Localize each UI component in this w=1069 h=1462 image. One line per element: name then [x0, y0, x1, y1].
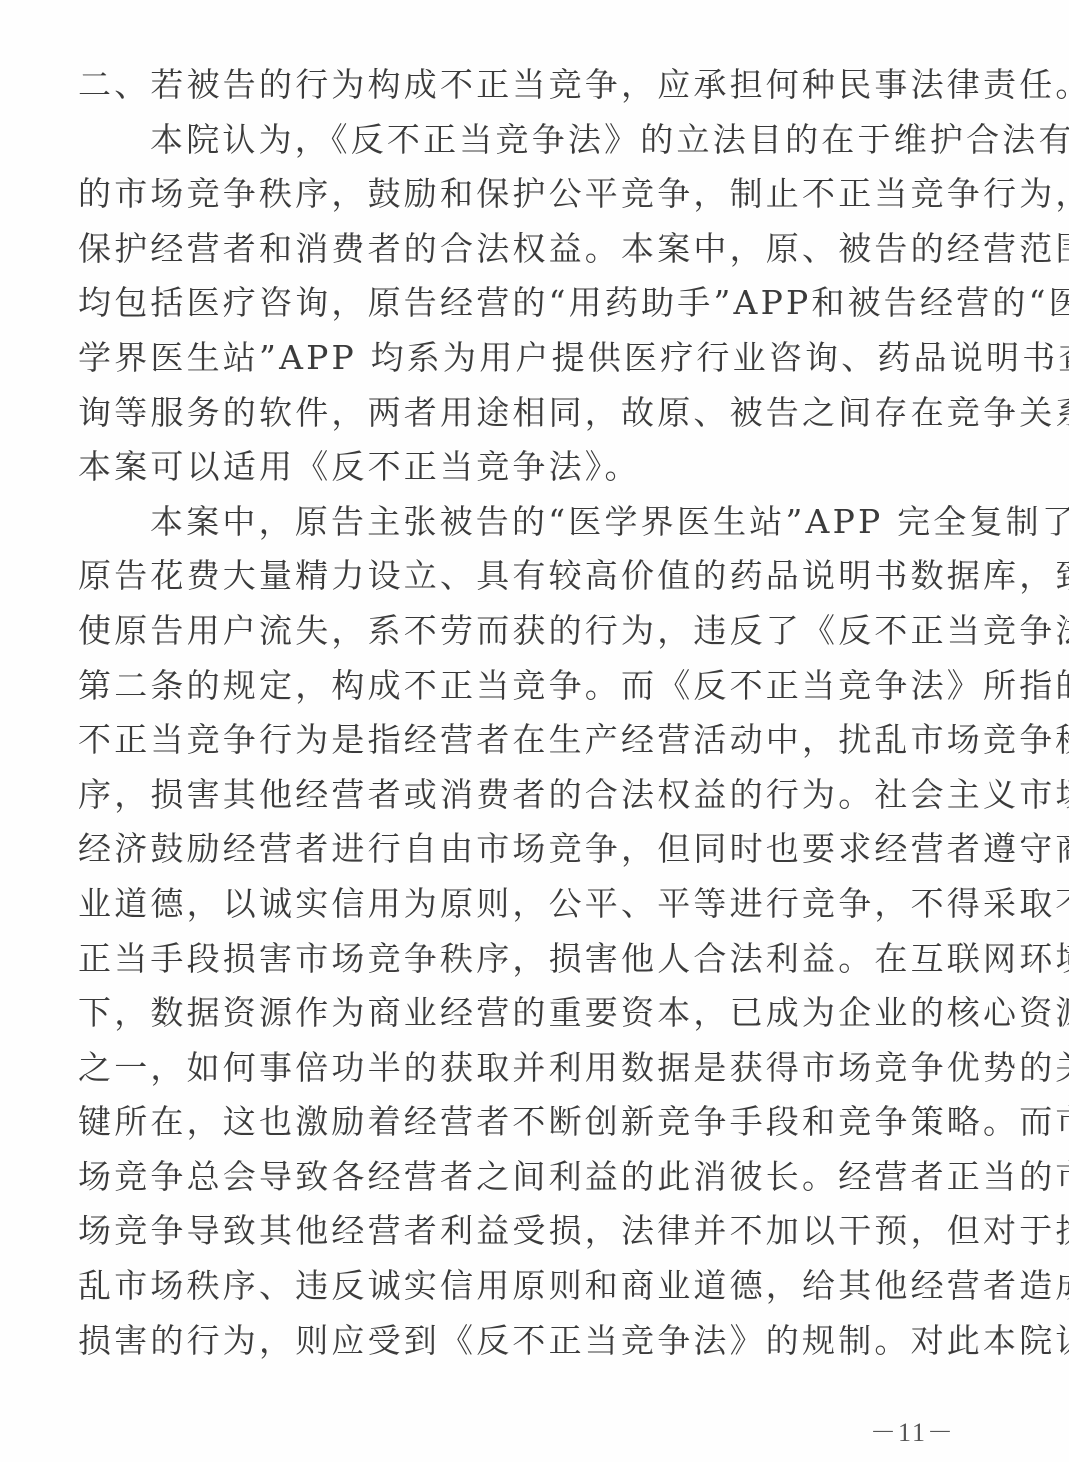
paragraph-line: 场竞争导致其他经营者利益受损，法律并不加以干预，但对于扰 [78, 1204, 958, 1259]
paragraph-line: 键所在，这也激励着经营者不断创新竞争手段和竞争策略。而市 [78, 1095, 958, 1150]
paragraph-line: 第二条的规定，构成不正当竞争。而《反不正当竞争法》所指的 [78, 659, 958, 714]
heading-issue-two: 二、若被告的行为构成不正当竞争，应承担何种民事法律责任。 [78, 58, 958, 113]
paragraph-line: 本案中，原告主张被告的“医学界医生站”APP 完全复制了 [78, 495, 958, 550]
paragraph-line: 本案可以适用《反不正当竞争法》。 [78, 440, 958, 495]
paragraph-line: 序，损害其他经营者或消费者的合法权益的行为。社会主义市场 [78, 768, 958, 823]
paragraph-line: 损害的行为，则应受到《反不正当竞争法》的规制。对此本院认 [78, 1314, 958, 1369]
paragraph-line: 询等服务的软件，两者用途相同，故原、被告之间存在竞争关系， [78, 386, 958, 441]
paragraph-line: 原告花费大量精力设立、具有较高价值的药品说明书数据库，致 [78, 549, 958, 604]
paragraph-line: 保护经营者和消费者的合法权益。本案中，原、被告的经营范围 [78, 222, 958, 277]
paragraph-line: 使原告用户流失，系不劳而获的行为，违反了《反不正当竞争法》 [78, 604, 958, 659]
paragraph-line: 乱市场秩序、违反诚实信用原则和商业道德，给其他经营者造成 [78, 1259, 958, 1314]
paragraph-line: 之一，如何事倍功半的获取并利用数据是获得市场竞争优势的关 [78, 1041, 958, 1096]
page-number: －11－ [870, 1412, 955, 1449]
paragraph-line: 不正当竞争行为是指经营者在生产经营活动中，扰乱市场竞争秩 [78, 713, 958, 768]
paragraph-line: 学界医生站”APP 均系为用户提供医疗行业咨询、药品说明书查 [78, 331, 958, 386]
paragraph-line: 均包括医疗咨询，原告经营的“用药助手”APP和被告经营的“医 [78, 276, 958, 331]
paragraph-line: 业道德，以诚实信用为原则，公平、平等进行竞争，不得采取不 [78, 877, 958, 932]
paragraph-line: 下，数据资源作为商业经营的重要资本，已成为企业的核心资源 [78, 986, 958, 1041]
paragraph-line: 正当手段损害市场竞争秩序，损害他人合法利益。在互联网环境 [78, 932, 958, 987]
document-body: 二、若被告的行为构成不正当竞争，应承担何种民事法律责任。 本院认为，《反不正当竞… [78, 58, 958, 1368]
document-page: 二、若被告的行为构成不正当竞争，应承担何种民事法律责任。 本院认为，《反不正当竞… [0, 0, 1069, 1462]
paragraph-line: 场竞争总会导致各经营者之间利益的此消彼长。经营者正当的市 [78, 1150, 958, 1205]
paragraph-line: 本院认为，《反不正当竞争法》的立法目的在于维护合法有序 [78, 113, 958, 168]
paragraph-line: 的市场竞争秩序，鼓励和保护公平竞争，制止不正当竞争行为， [78, 167, 958, 222]
paragraph-line: 经济鼓励经营者进行自由市场竞争，但同时也要求经营者遵守商 [78, 822, 958, 877]
